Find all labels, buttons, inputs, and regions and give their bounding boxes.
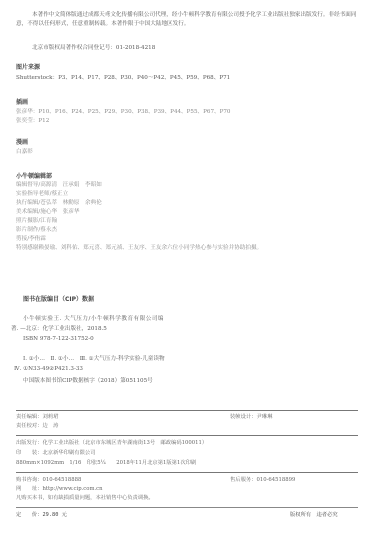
registration-number: 北京市版权局著作权合同登记号：01-2018-4218 [32,45,155,53]
illustration-heading: 插画 [16,97,28,106]
cip-heading: 图书在版编目（CIP）数据 [23,294,94,303]
website: 网 址：http://www.cip.com.cn [16,486,103,493]
editorial-line: 执行编辑/苍弘萃 林勳原 余典伦 [16,200,102,208]
editorial-line: 编辑督导/高源清 汪承娟 李昭如 [16,182,102,190]
editorial-line: 剪接/李侑霖 [16,236,46,244]
illustration-line-1: 张彦华：P10、P16、P24、P25、P29、P30、P38、P39、P44、… [16,109,231,117]
divider [16,472,358,473]
comics-heading: 漫画 [16,137,28,146]
special-thanks: 特别感谢赖晏瑜、刘科佑、郑元喜、郑元祯、王友序、王友余六位小同学热心参与实验并协… [16,245,262,253]
editorial-line: 影片制作/蔡永杰 [16,227,57,235]
editorial-line: 美术编辑/施心华 张彦华 [16,209,79,217]
comics-line: 白嘉彰 [16,149,33,157]
rights-notice: 版权所有 违者必究 [290,512,338,519]
divider [16,410,358,411]
divider [16,507,358,508]
publisher: 出版发行：化学工业出版社（北京市东城区青年湖南街13号 邮政编码100011） [16,440,207,447]
divider [16,435,358,436]
editorial-dept-heading: 小牛顿编辑部 [16,171,52,180]
editorial-line: 照片摄影/江育翰 [16,218,57,226]
proofreader: 责任校对：边 涛 [16,423,58,430]
copyright-notice: 本著作中文简体版通过成都天鸢文化传播有限公司代理，经小牛顿科学教育有限公司授予化… [16,11,361,29]
format-edition: 880mm×1092mm 1/16 印张5¼ 2018年11月北京第1版第1次印… [16,460,196,467]
cip-isbn: ISBN 978-7-122-31752-0 [23,336,94,344]
cip-line: 著. —北京：化学工业出版社，2018.5 [11,326,107,334]
price: 定 价：29.80 元 [16,512,67,519]
cip-data-number: 中国版本图书馆CIP数据核字（2018）第051105号 [23,378,153,386]
illustration-line-2: 张奕莹：P12 [16,118,49,126]
cip-line: Ⅰ. ①小… Ⅱ. ①小… Ⅲ. ①大气压力-科学实验-儿童读物 [23,356,165,364]
cover-design: 装帧设计：尹琳琳 [230,414,272,421]
picture-source-line: Shutterstock：P3、P14、P17、P28、P30、P40～P42、… [16,75,230,83]
printer: 印 装：北京新华印刷有限公司 [16,450,95,457]
cip-line: 小牛顿实验王. 大气压力/小牛顿科学教育有限公司编 [23,316,164,324]
defect-notice: 凡购买本书，如有缺损质量问题，本社销售中心负责调换。 [16,495,154,502]
editorial-line: 实验指导老师/蔡正立 [16,191,68,199]
picture-source-heading: 图片来源 [16,62,40,71]
purchase-hotline: 购书咨询：010-64518888 [16,477,81,484]
copyright-page: 本著作中文简体版通过成都天鸢文化传播有限公司代理，经小牛顿科学教育有限公司授予化… [0,0,375,534]
cip-line: Ⅳ. ①N33-49②P421.3-33 [14,366,83,374]
after-sales: 售后服务：010-64518899 [230,477,295,484]
responsible-editor: 责任编辑：刘莉珺 [16,414,58,421]
